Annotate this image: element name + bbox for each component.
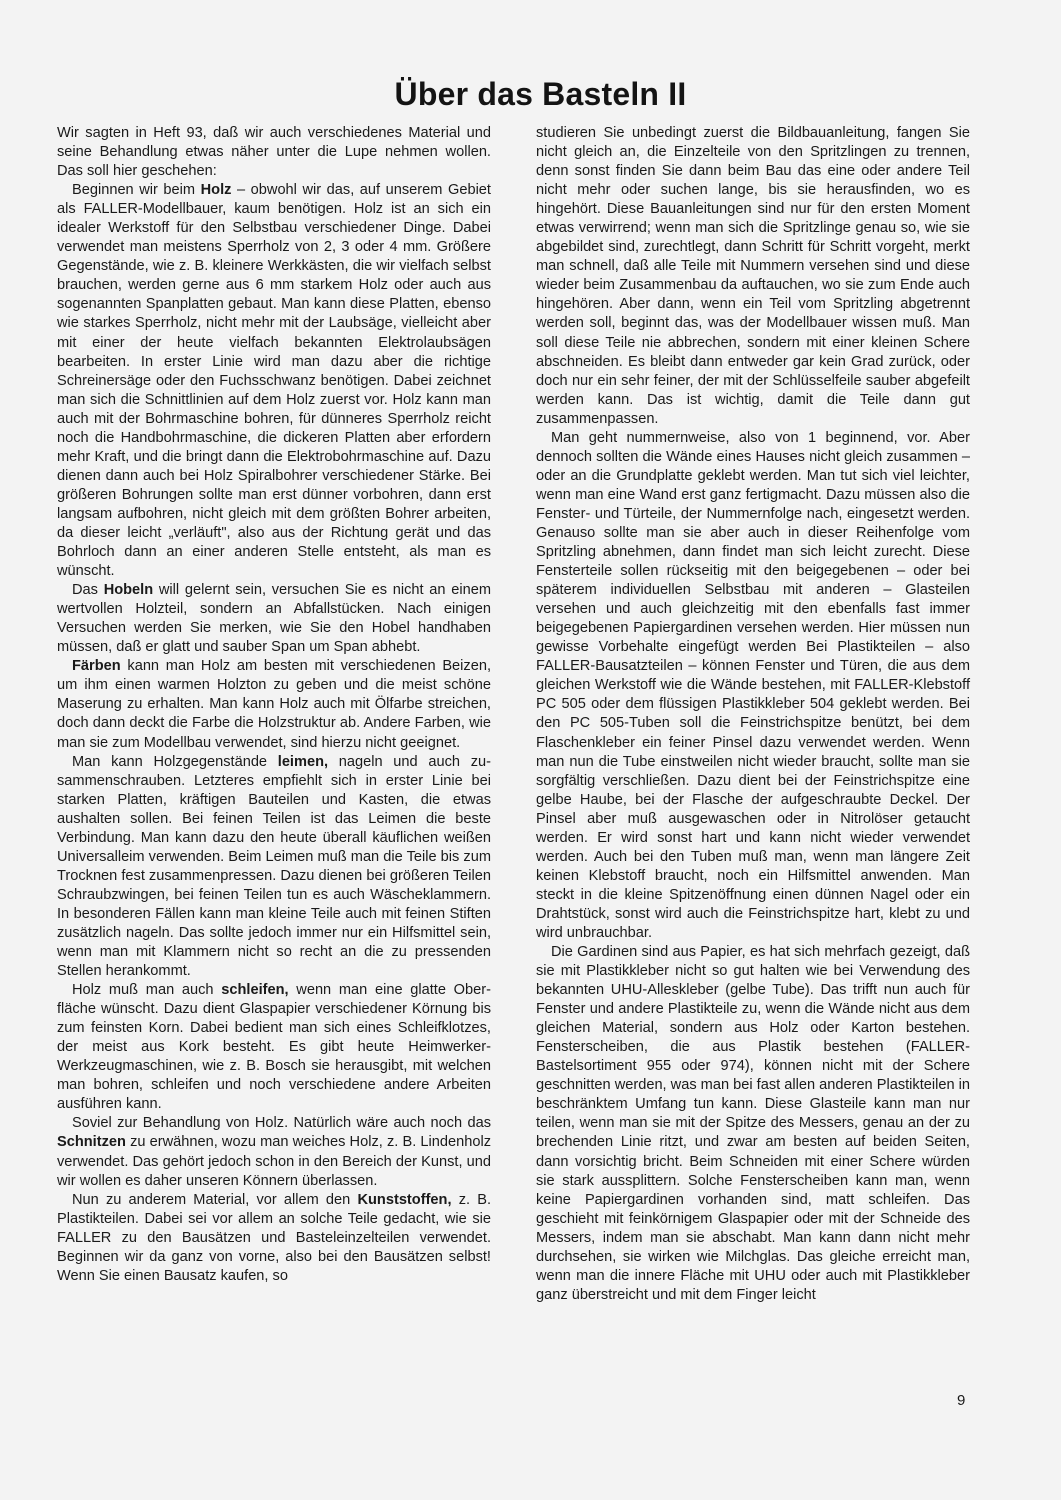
keyword-hobeln: Hobeln <box>104 582 153 598</box>
text: Soviel zur Behandlung von Holz. Natürlic… <box>72 1115 491 1131</box>
keyword-leimen: leimen, <box>278 754 328 770</box>
paragraph-hobeln: Das Hobeln will gelernt sein, versuchen … <box>57 581 491 657</box>
text: wenn man eine glatte Ober­fläche wünscht… <box>57 982 491 1112</box>
left-column: Wir sagten in Heft 93, daß wir auch vers… <box>57 124 491 1286</box>
paragraph-intro: Wir sagten in Heft 93, daß wir auch vers… <box>57 124 491 181</box>
text: kann man Holz am besten mit verschiedene… <box>57 658 491 750</box>
paragraph-schnitzen: Soviel zur Behandlung von Holz. Natürlic… <box>57 1114 491 1190</box>
paragraph-holz: Beginnen wir beim Holz – obwohl wir das,… <box>57 181 491 581</box>
paragraph-schleifen: Holz muß man auch schleifen, wenn man ei… <box>57 981 491 1114</box>
text: – obwohl wir das, auf unserem Gebiet als… <box>57 182 491 579</box>
keyword-schleifen: schleifen, <box>221 982 288 998</box>
right-column: studieren Sie unbedingt zuerst die Bildb… <box>536 124 970 1305</box>
keyword-kunststoffe: Kunststoffen, <box>357 1192 451 1208</box>
text: Holz muß man auch <box>72 982 221 998</box>
paragraph-nummernweise: Man geht nummernweise, also von 1 beginn… <box>536 429 970 943</box>
paragraph-faerben: Färben kann man Holz am besten mit versc… <box>57 657 491 752</box>
text: nageln und auch zu­sammenschrauben. Letz… <box>57 754 491 980</box>
paragraph-leimen: Man kann Holzgegenstände leimen, nageln … <box>57 753 491 982</box>
text: Das <box>72 582 104 598</box>
paragraph-gardinen: Die Gardinen sind aus Papier, es hat sic… <box>536 943 970 1305</box>
text: Beginnen wir beim <box>72 182 201 198</box>
keyword-schnitzen: Schnitzen <box>57 1134 126 1150</box>
keyword-faerben: Färben <box>72 658 121 674</box>
paragraph-kunststoffe: Nun zu anderem Material, vor allem den K… <box>57 1191 491 1286</box>
keyword-holz: Holz <box>201 182 232 198</box>
paragraph-bauanleitung: studieren Sie unbedingt zuerst die Bildb… <box>536 124 970 429</box>
page-title: Über das Basteln II <box>0 76 1061 113</box>
text: Man kann Holzgegenstände <box>72 754 278 770</box>
page-number: 9 <box>957 1392 965 1409</box>
text: Nun zu anderem Material, vor allem den <box>72 1192 357 1208</box>
